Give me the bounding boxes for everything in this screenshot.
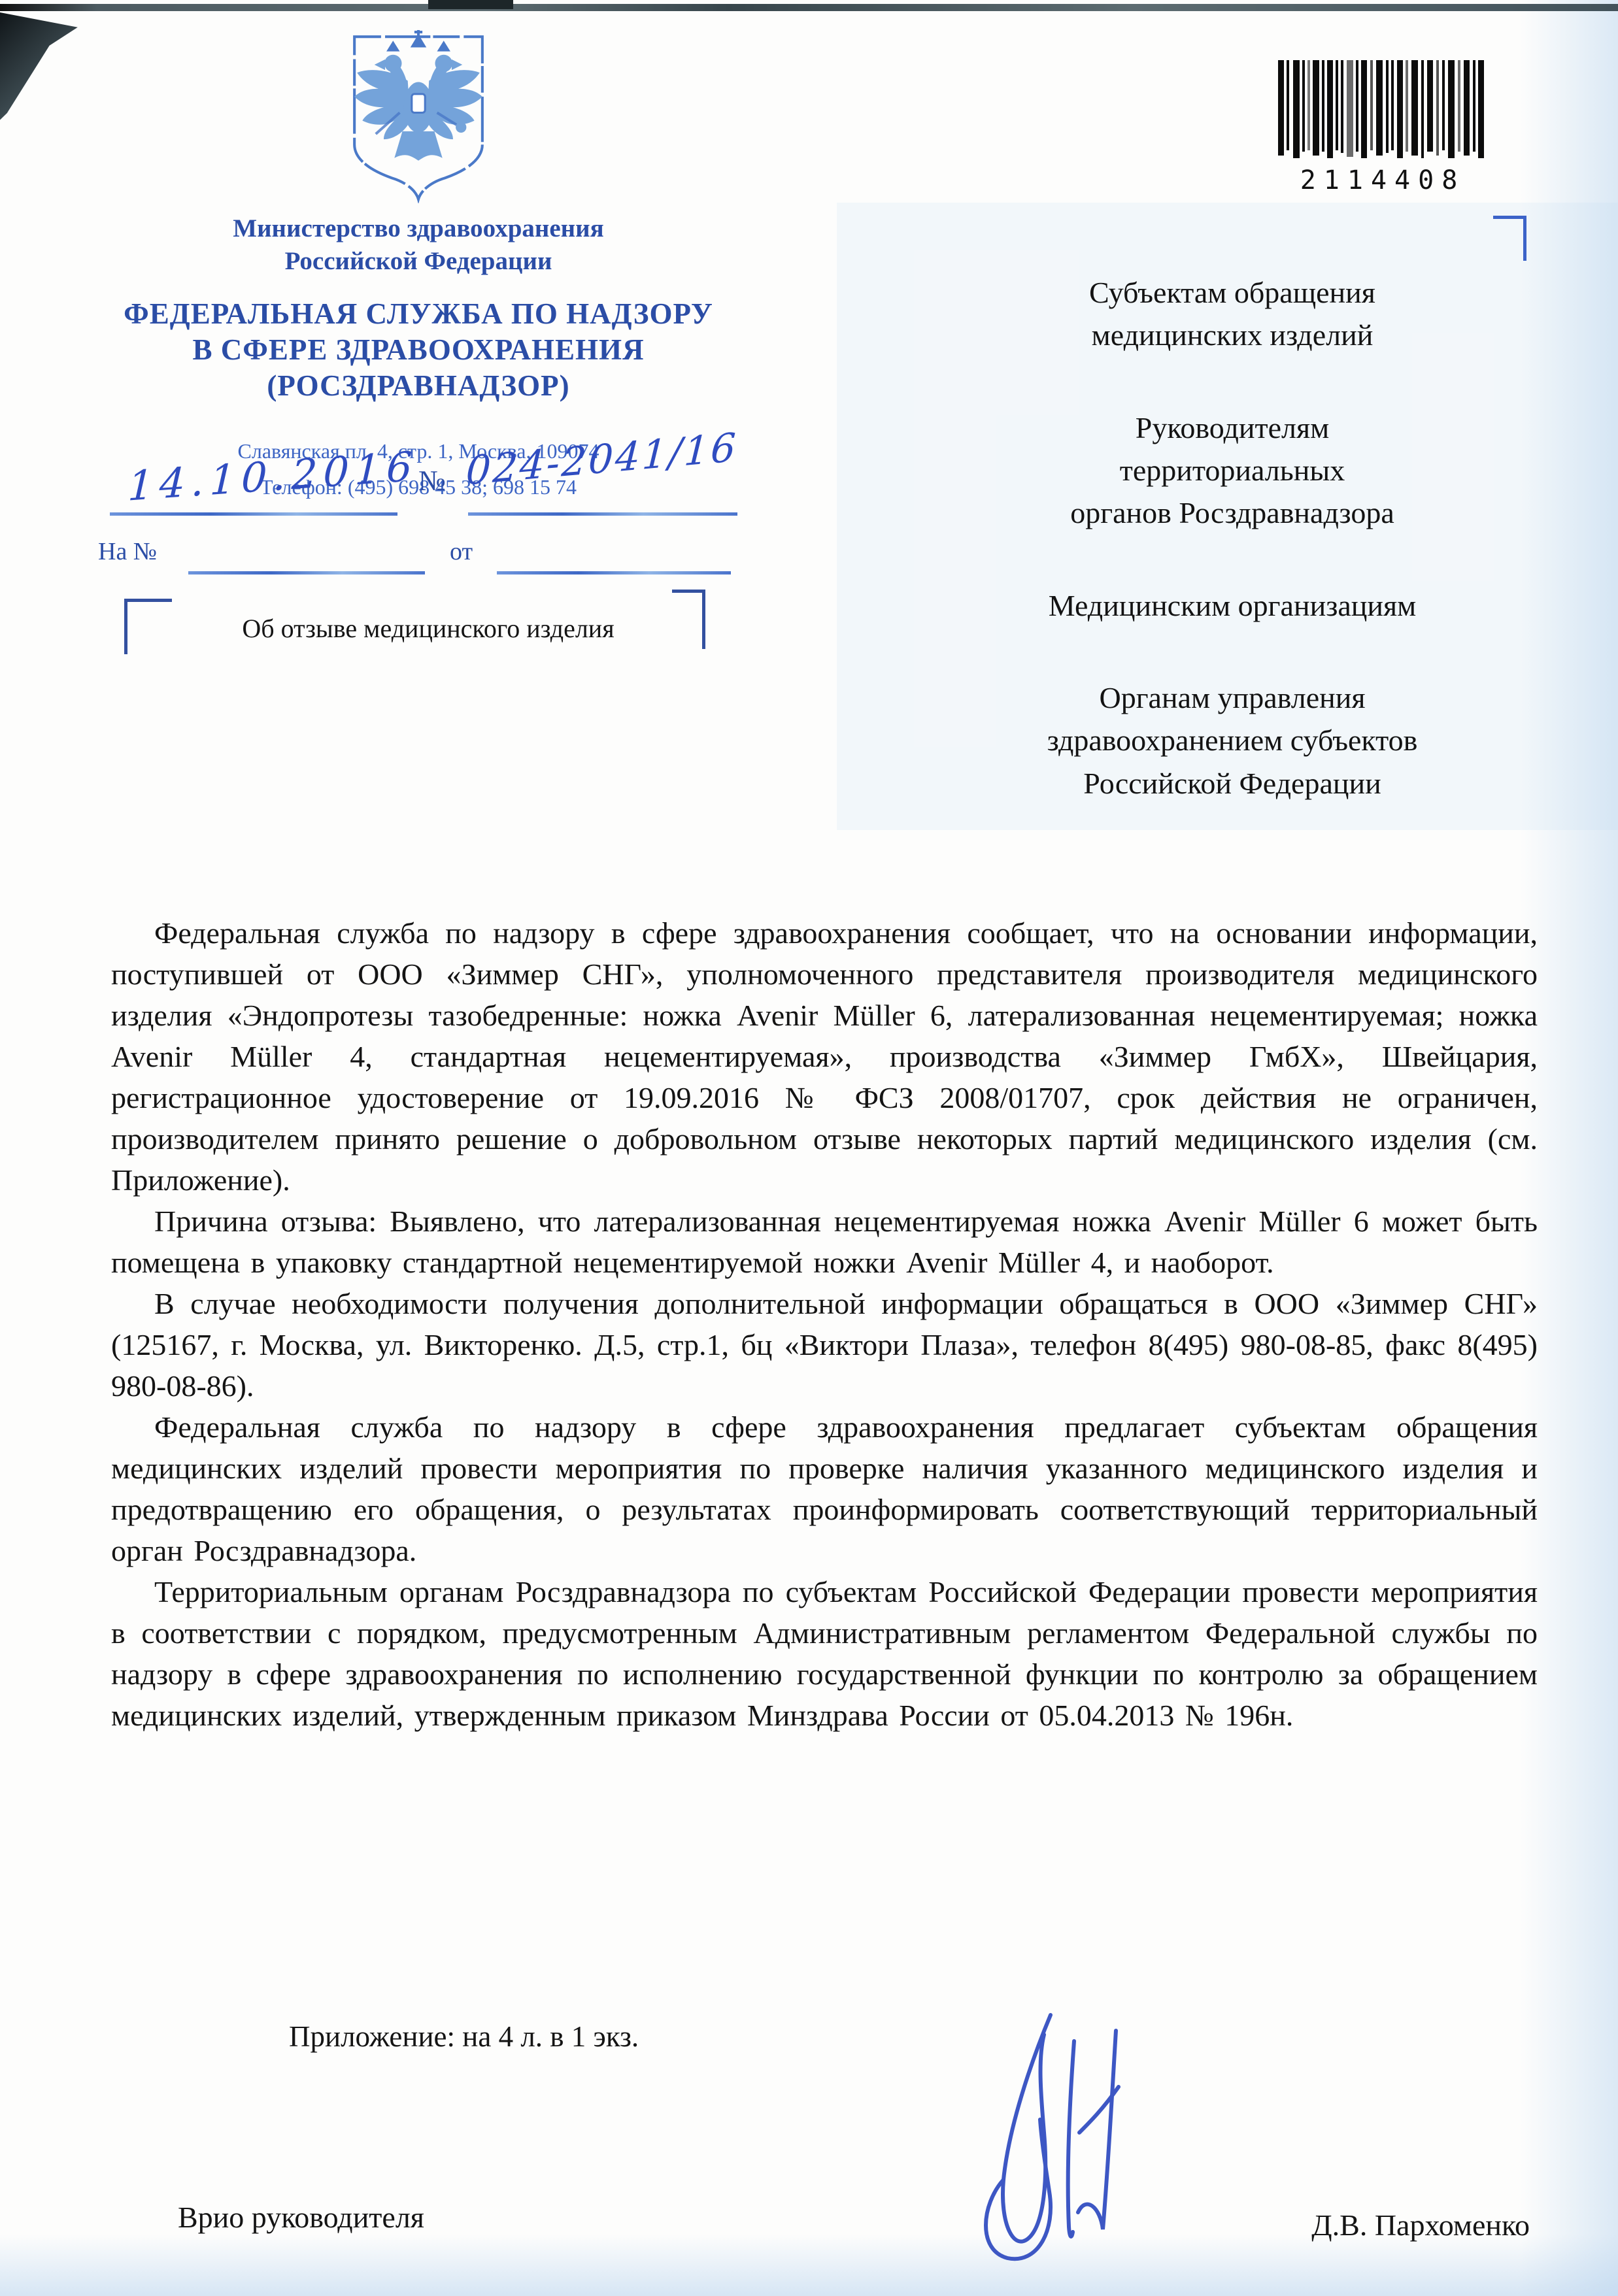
scan-artifact-top-chunk [428,0,513,9]
body-paragraph-2: Причина отзыва: Выявлено, что латерализо… [111,1201,1538,1283]
service-name-line-3: (РОСЗДРАВНАДЗОР) [108,368,729,404]
signature-autograph [951,1997,1167,2278]
recipient-line: Руководителям [909,407,1556,449]
body-paragraph-4: Федеральная служба по надзору в сфере зд… [111,1406,1538,1571]
body-paragraph-5: Территориальным органам Росздравнадзора … [111,1571,1538,1736]
recipient-territorial-heads: Руководителям территориальных органов Ро… [909,407,1556,535]
scan-artifact-corner-fold [0,8,88,122]
recipients-block: Субъектам обращения медицинских изделий … [909,271,1556,854]
signer-name: Д.В. Пархоменко [1229,2208,1530,2242]
recipient-health-authorities: Органам управления здравоохранением субъ… [909,676,1556,805]
subject-line: Об отзыве медицинского изделия [180,613,677,644]
service-name-line-2: В СФЕРЕ ЗДРАВООХРАНЕНИЯ [108,332,729,368]
barcode-number: 2114408 [1278,165,1487,195]
body-paragraph-1: Федеральная служба по надзору в сфере зд… [111,912,1538,1201]
ot-label: от [450,537,473,566]
na-no-label: На № [98,537,157,566]
ministry-line-1: Министерство здравоохранения [108,212,729,245]
scanned-letter-page: Министерство здравоохранения Российской … [0,0,1618,2296]
letter-body: Федеральная служба по надзору в сфере зд… [111,912,1538,1736]
scan-tint-bottom [0,2234,1618,2296]
recipient-line: медицинских изделий [909,314,1556,356]
na-no-underline [188,571,425,574]
recipient-line: Органам управления [909,676,1556,719]
recipients-corner-bracket [1493,216,1526,261]
barcode: 2114408 [1278,60,1487,195]
signer-position-title: Врио руководителя [178,2200,424,2235]
number-sign-label: № [418,464,446,497]
russia-coat-of-arms-emblem [337,30,500,203]
service-name-line-1: ФЕДЕРАЛЬНАЯ СЛУЖБА ПО НАДЗОРУ [108,296,729,332]
attachment-note: Приложение: на 4 л. в 1 экз. [289,2020,639,2054]
ot-underline [497,571,731,574]
recipient-line: территориальных [909,449,1556,491]
recipient-medical-orgs: Медицинским организациям [909,584,1556,627]
ref-number-underline [468,512,737,516]
subject-corner-bracket-right [672,590,705,649]
subject-corner-bracket-left [124,599,172,654]
recipient-line: Субъектам обращения [909,271,1556,314]
recipient-line: Российской Федерации [909,762,1556,805]
body-paragraph-3: В случае необходимости получения дополни… [111,1283,1538,1406]
recipient-line: Медицинским организациям [909,584,1556,627]
barcode-bars [1278,60,1487,159]
recipient-line: здравоохранением субъектов [909,719,1556,761]
ministry-line-2: Российской Федерации [108,245,729,278]
recipient-line: органов Росздравнадзора [909,491,1556,534]
scan-artifact-top-strip [0,4,1618,11]
recipient-subjects: Субъектам обращения медицинских изделий [909,271,1556,357]
date-underline [110,512,397,516]
